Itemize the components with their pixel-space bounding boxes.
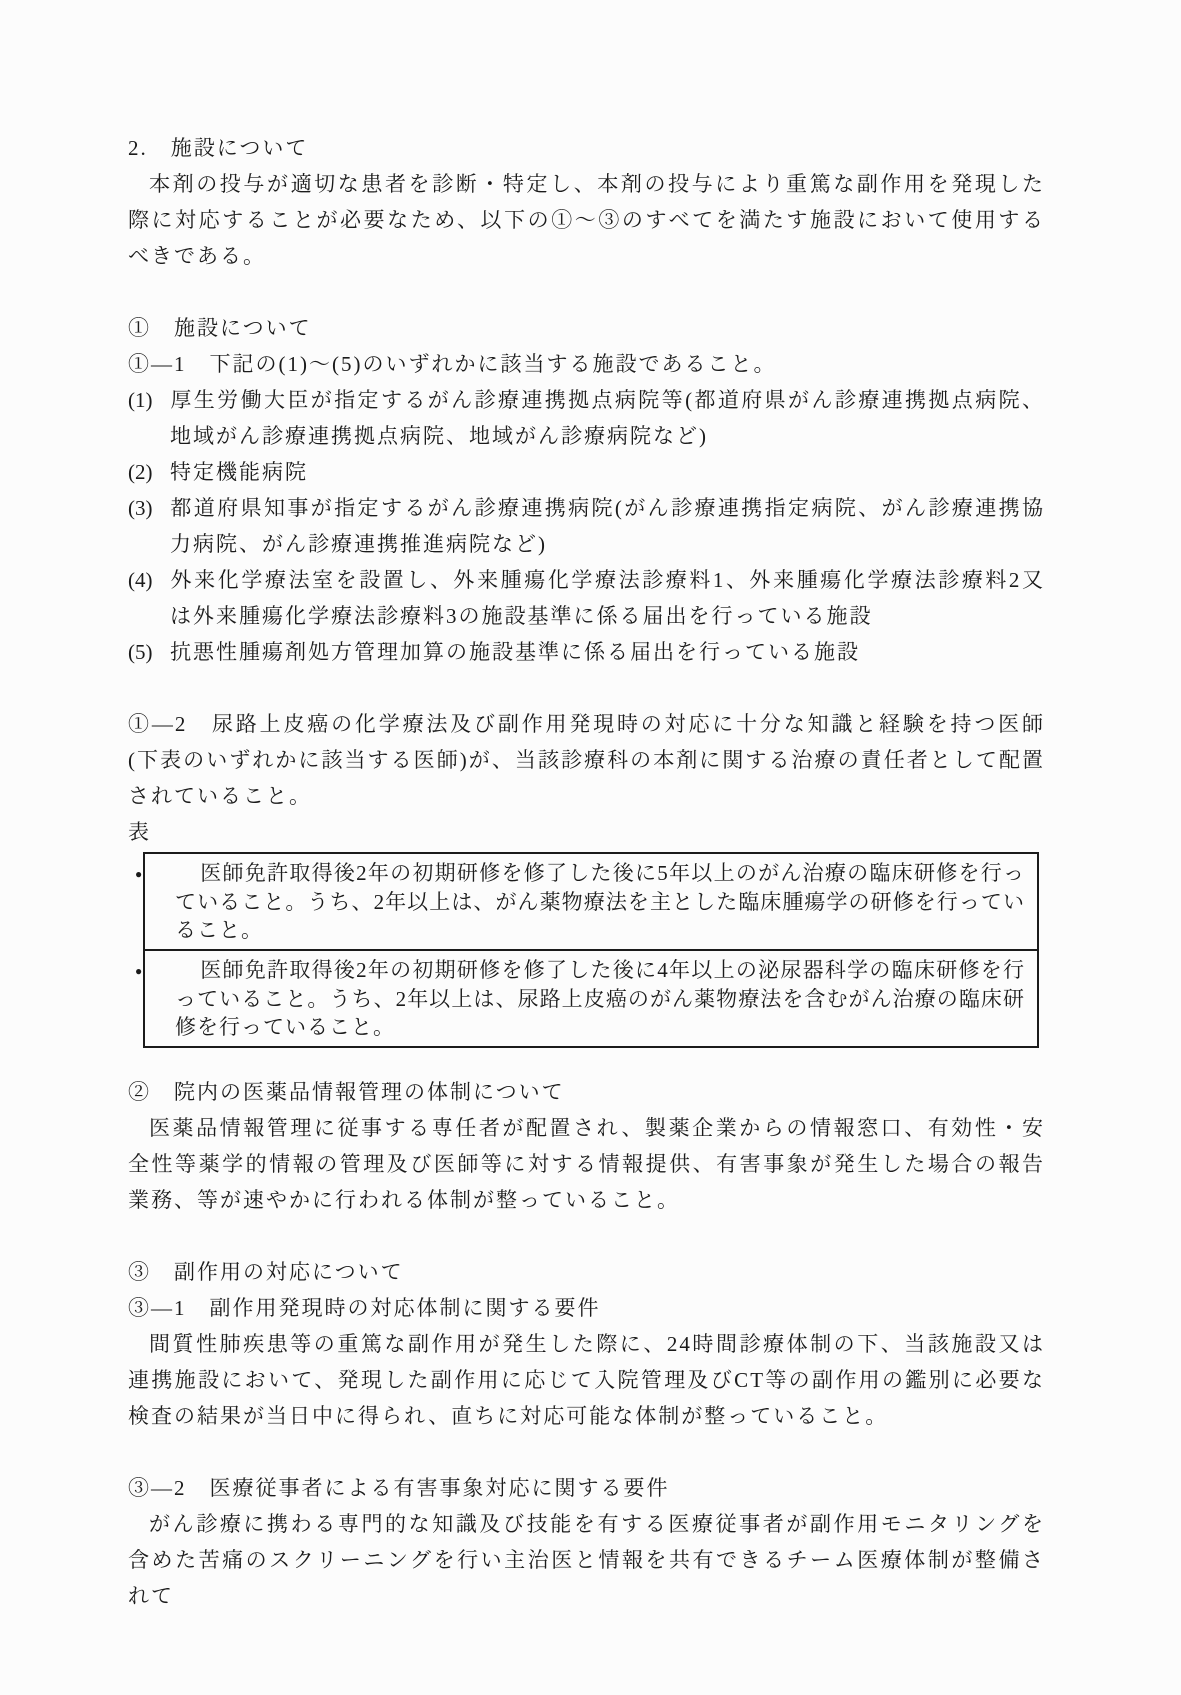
facility-item-3: (3)都道府県知事が指定するがん診療連携病院(がん診療連携指定病院、がん診療連携… (128, 490, 1045, 562)
section-gap (128, 1434, 1045, 1470)
facility-item-5-text: 抗悪性腫瘍剤処方管理加算の施設基準に係る届出を行っている施設 (170, 640, 860, 664)
table-label: 表 (128, 814, 1045, 850)
section-circle1-2-paragraph: ①―2 尿路上皮癌の化学療法及び副作用発現時の対応に十分な知識と経験を持つ医師(… (128, 706, 1045, 814)
section-gap (128, 1048, 1045, 1074)
physician-requirements-table: ●医師免許取得後2年の初期研修を修了した後に5年以上のがん治療の臨床研修を行って… (143, 852, 1039, 1048)
section-2-intro-paragraph: 本剤の投与が適切な患者を診断・特定し、本剤の投与により重篤な副作用を発現した際に… (128, 166, 1045, 274)
facility-item-1: (1)厚生労働大臣が指定するがん診療連携拠点病院等(都道府県がん診療連携拠点病院… (128, 382, 1045, 454)
section-circle2-paragraph: 医薬品情報管理に従事する専任者が配置され、製薬企業からの情報窓口、有効性・安全性… (128, 1110, 1045, 1218)
section-circle3-1-heading: ③―1 副作用発現時の対応体制に関する要件 (128, 1290, 1045, 1326)
facility-item-5: (5)抗悪性腫瘍剤処方管理加算の施設基準に係る届出を行っている施設 (128, 634, 1045, 670)
document-page: 2. 施設について 本剤の投与が適切な患者を診断・特定し、本剤の投与により重篤な… (0, 0, 1181, 1695)
facility-item-2-text: 特定機能病院 (170, 460, 308, 484)
table-row: ●医師免許取得後2年の初期研修を修了した後に5年以上のがん治療の臨床研修を行って… (145, 854, 1037, 949)
bullet-icon: ● (155, 860, 200, 888)
facility-item-5-marker: (5) (128, 634, 170, 670)
section-gap (128, 274, 1045, 310)
section-circle2-heading: ② 院内の医薬品情報管理の体制について (128, 1074, 1045, 1110)
facility-item-2-marker: (2) (128, 454, 170, 490)
facility-item-1-marker: (1) (128, 382, 170, 418)
table-row-text: 医師免許取得後2年の初期研修を修了した後に4年以上の泌尿器科学の臨床研修を行って… (175, 958, 1025, 1039)
section-circle3-heading: ③ 副作用の対応について (128, 1254, 1045, 1290)
facility-item-4-marker: (4) (128, 562, 170, 598)
facility-item-4: (4)外来化学療法室を設置し、外来腫瘍化学療法診療料1、外来腫瘍化学療法診療料2… (128, 562, 1045, 634)
facility-item-3-text: 都道府県知事が指定するがん診療連携病院(がん診療連携指定病院、がん診療連携協力病… (170, 496, 1045, 556)
section-circle1-1-heading: ①―1 下記の(1)～(5)のいずれかに該当する施設であること。 (128, 346, 1045, 382)
section-circle3-2-paragraph: がん診療に携わる専門的な知識及び技能を有する医療従事者が副作用モニタリングを含め… (128, 1506, 1045, 1614)
facility-item-3-marker: (3) (128, 490, 170, 526)
table-row-text: 医師免許取得後2年の初期研修を修了した後に5年以上のがん治療の臨床研修を行ってい… (175, 861, 1025, 942)
facility-item-2: (2)特定機能病院 (128, 454, 1045, 490)
section-gap (128, 670, 1045, 706)
bullet-icon: ● (155, 957, 200, 985)
section-circle3-1-paragraph: 間質性肺疾患等の重篤な副作用が発生した際に、24時間診療体制の下、当該施設又は連… (128, 1326, 1045, 1434)
facility-item-4-text: 外来化学療法室を設置し、外来腫瘍化学療法診療料1、外来腫瘍化学療法診療料2又は外… (170, 568, 1045, 628)
section-circle1-heading: ① 施設について (128, 310, 1045, 346)
section-2-heading: 2. 施設について (128, 130, 1045, 166)
section-gap (128, 1218, 1045, 1254)
facility-item-1-text: 厚生労働大臣が指定するがん診療連携拠点病院等(都道府県がん診療連携拠点病院、地域… (170, 388, 1045, 448)
table-row: ●医師免許取得後2年の初期研修を修了した後に4年以上の泌尿器科学の臨床研修を行っ… (145, 949, 1037, 1046)
section-circle3-2-heading: ③―2 医療従事者による有害事象対応に関する要件 (128, 1470, 1045, 1506)
